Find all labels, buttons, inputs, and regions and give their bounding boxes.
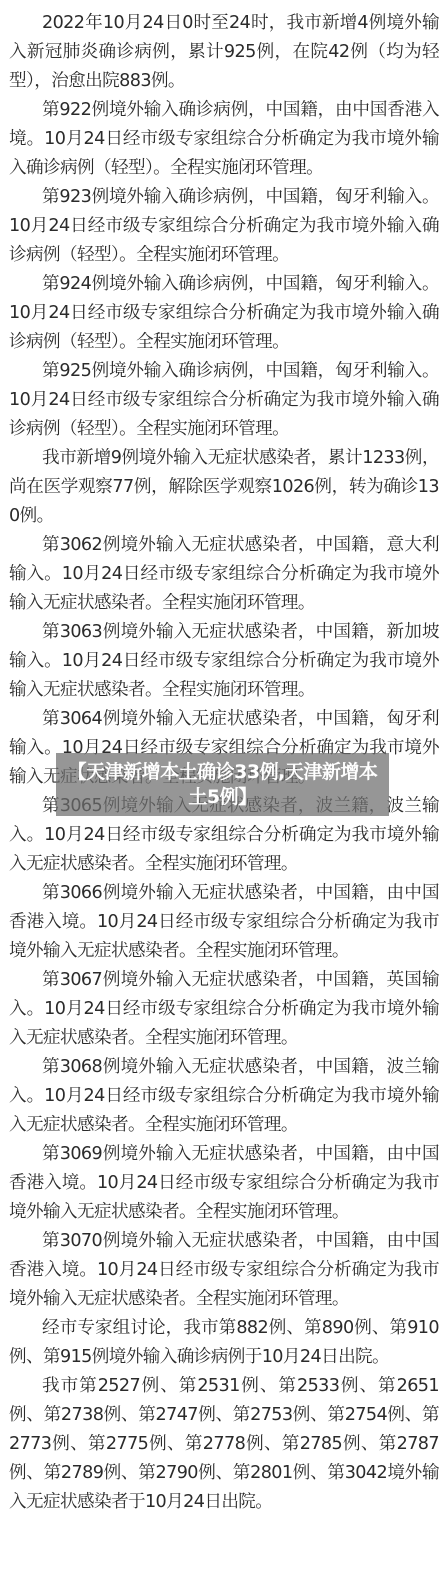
paragraph-summary-asymptomatic: 我市新增9例境外输入无症状感染者，累计1233例，尚在医学观察77例，解除医学观… bbox=[9, 444, 439, 531]
paragraph-discharged-asymptomatic: 我市第2527例、第2531例、第2533例、第2651例、第2738例、第27… bbox=[9, 1372, 439, 1517]
overlay-title-banner: 【天津新增本土确诊33例,天津新增本土5例】 bbox=[56, 753, 389, 816]
paragraph-case-922: 第922例境外输入确诊病例，中国籍，由中国香港入境。10月24日经市级专家组综合… bbox=[9, 96, 439, 183]
paragraph-case-3062: 第3062例境外输入无症状感染者，中国籍，意大利输入。10月24日经市级专家组综… bbox=[9, 531, 439, 618]
paragraph-case-3070: 第3070例境外输入无症状感染者，中国籍，由中国香港入境。10月24日经市级专家… bbox=[9, 1227, 439, 1314]
paragraph-case-3063: 第3063例境外输入无症状感染者，中国籍，新加坡输入。10月24日经市级专家组综… bbox=[9, 618, 439, 705]
paragraph-case-923: 第923例境外输入确诊病例，中国籍，匈牙利输入。10月24日经市级专家组综合分析… bbox=[9, 183, 439, 270]
paragraph-case-3066: 第3066例境外输入无症状感染者，中国籍，由中国香港入境。10月24日经市级专家… bbox=[9, 879, 439, 966]
paragraph-case-924: 第924例境外输入确诊病例，中国籍，匈牙利输入。10月24日经市级专家组综合分析… bbox=[9, 270, 439, 357]
paragraph-case-925: 第925例境外输入确诊病例，中国籍，匈牙利输入。10月24日经市级专家组综合分析… bbox=[9, 357, 439, 444]
paragraph-case-3067: 第3067例境外输入无症状感染者，中国籍，英国输入。10月24日经市级专家组综合… bbox=[9, 966, 439, 1053]
paragraph-discharged-confirmed: 经市专家组讨论，我市第882例、第890例、第910例、第915例境外输入确诊病… bbox=[9, 1314, 439, 1372]
overlay-title: 【天津新增本土确诊33例,天津新增本土5例】 bbox=[62, 760, 383, 810]
paragraph-summary-confirmed: 2022年10月24日0时至24时，我市新增4例境外输入新冠肺炎确诊病例，累计9… bbox=[9, 9, 439, 96]
paragraph-case-3068: 第3068例境外输入无症状感染者，中国籍，波兰输入。10月24日经市级专家组综合… bbox=[9, 1053, 439, 1140]
paragraph-case-3069: 第3069例境外输入无症状感染者，中国籍，由中国香港入境。10月24日经市级专家… bbox=[9, 1140, 439, 1227]
